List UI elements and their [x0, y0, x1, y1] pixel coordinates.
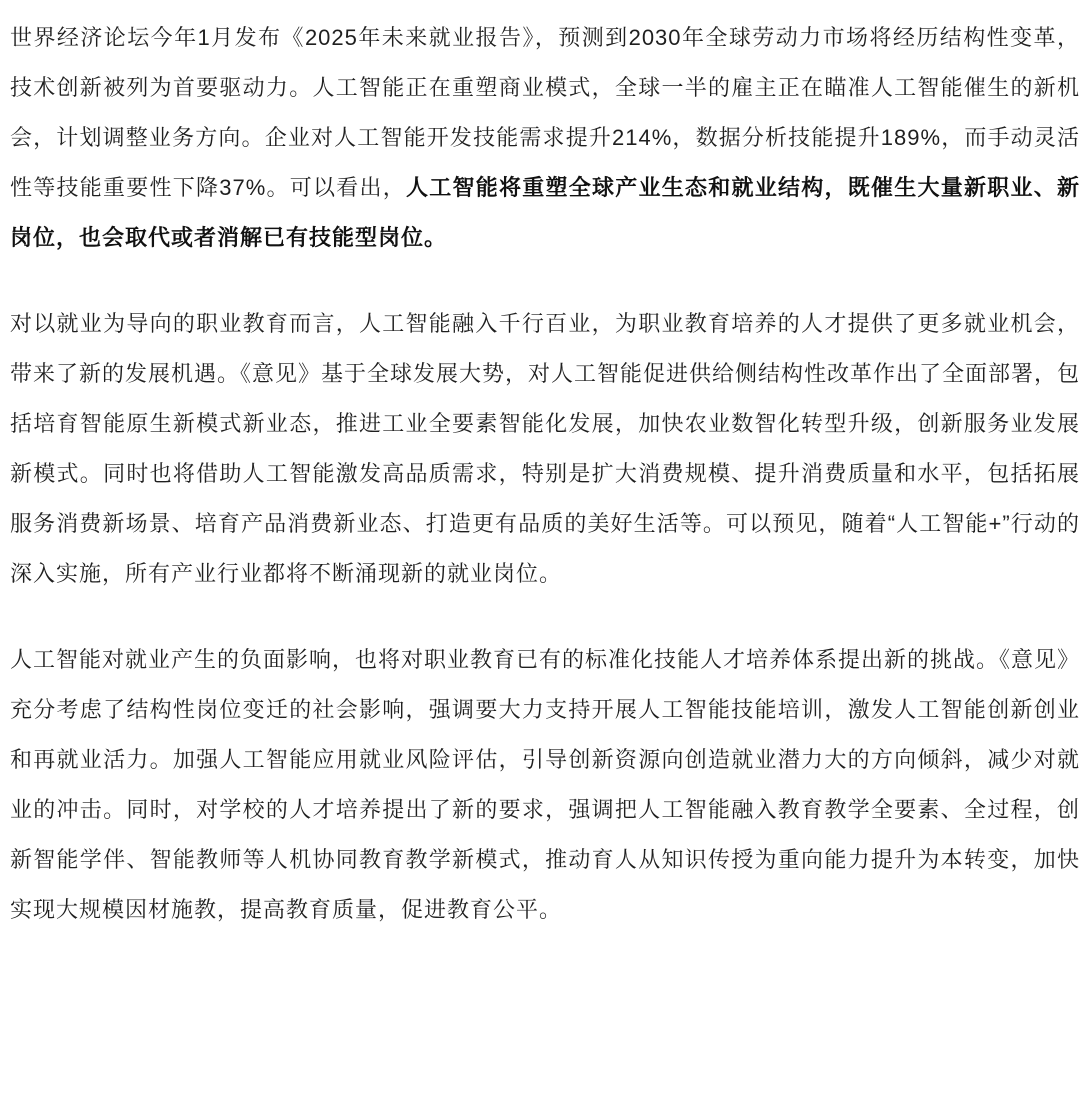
article-body: 世界经济论坛今年1月发布《2025年未来就业报告》，预测到2030年全球劳动力市…: [0, 0, 1090, 1112]
paragraph-3: 人工智能对就业产生的负面影响，也将对职业教育已有的标准化技能人才培养体系提出新的…: [10, 635, 1080, 935]
paragraph-2: 对以就业为导向的职业教育而言，人工智能融入千行百业，为职业教育培养的人才提供了更…: [10, 299, 1080, 599]
paragraph-3-text: 人工智能对就业产生的负面影响，也将对职业教育已有的标准化技能人才培养体系提出新的…: [10, 647, 1080, 922]
paragraph-1-text: 世界经济论坛今年1月发布《2025年未来就业报告》，预测到2030年全球劳动力市…: [10, 25, 1080, 200]
paragraph-1: 世界经济论坛今年1月发布《2025年未来就业报告》，预测到2030年全球劳动力市…: [10, 13, 1080, 263]
paragraph-2-text: 对以就业为导向的职业教育而言，人工智能融入千行百业，为职业教育培养的人才提供了更…: [10, 311, 1080, 586]
